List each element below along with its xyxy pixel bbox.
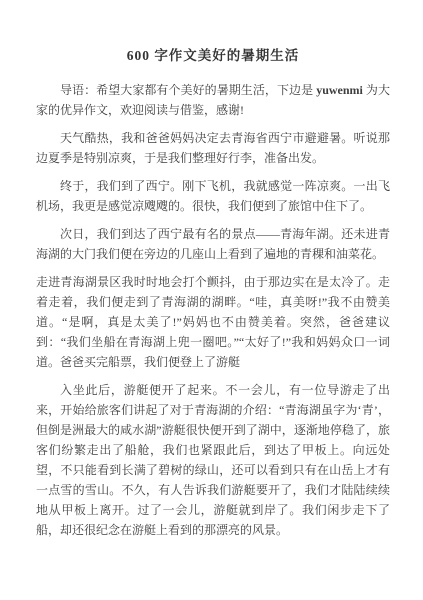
essay-text: 走进青海湖景区我时时地会打个颤抖，由于那边实在是太冷了。走着走着，我们便走到了青… [36,275,390,369]
document-page: 600 字作文美好的暑期生活 导语：希望大家都有个美好的暑期生活，下边是 yuw… [0,0,423,600]
essay-paragraph: 走进青海湖景区我时时地会打个颤抖，由于那边实在是太冷了。走着走着，我们便走到了青… [36,272,390,372]
essay-paragraph: 天气酷热，我和爸爸妈妈决定去青海省西宁市避避暑。听说那边夏季是特别凉爽，于是我们… [36,128,390,168]
essay-paragraph: 终于，我们到了西宁。刚下飞机，我就感觉一阵凉爽。一出飞机场，我更是感觉凉飕飕的。… [36,176,390,216]
essay-title: 600 字作文美好的暑期生活 [36,44,390,64]
essay-text: 天气酷热，我和爸爸妈妈决定去青海省西宁市避避暑。听说那边夏季是特别凉爽，于是我们… [36,131,390,165]
essay-paragraph: 入坐此后，游艇便开了起来。不一会儿，有一位导游走了出来，开始给旅客们讲起了对于青… [36,380,390,540]
essay-text: 导语：希望大家都有个美好的暑期生活，下边是 [60,83,316,97]
essay-body: 导语：希望大家都有个美好的暑期生活，下边是 yuwenmi 为大家的优异作文，欢… [36,80,390,540]
essay-text: 次日，我们到达了西宁最有名的景点——青海年湖。还未进青海湖的大门我们便在旁边的几… [36,227,390,261]
essay-text: 入坐此后，游艇便开了起来。不一会儿，有一位导游走了出来，开始给旅客们讲起了对于青… [36,383,390,537]
essay-paragraph: 次日，我们到达了西宁最有名的景点——青海年湖。还未进青海湖的大门我们便在旁边的几… [36,224,390,264]
essay-paragraph: 导语：希望大家都有个美好的暑期生活，下边是 yuwenmi 为大家的优异作文，欢… [36,80,390,120]
essay-text: 终于，我们到了西宁。刚下飞机，我就感觉一阵凉爽。一出飞机场，我更是感觉凉飕飕的。… [36,179,390,213]
essay-text-bold: yuwenmi [316,83,363,97]
